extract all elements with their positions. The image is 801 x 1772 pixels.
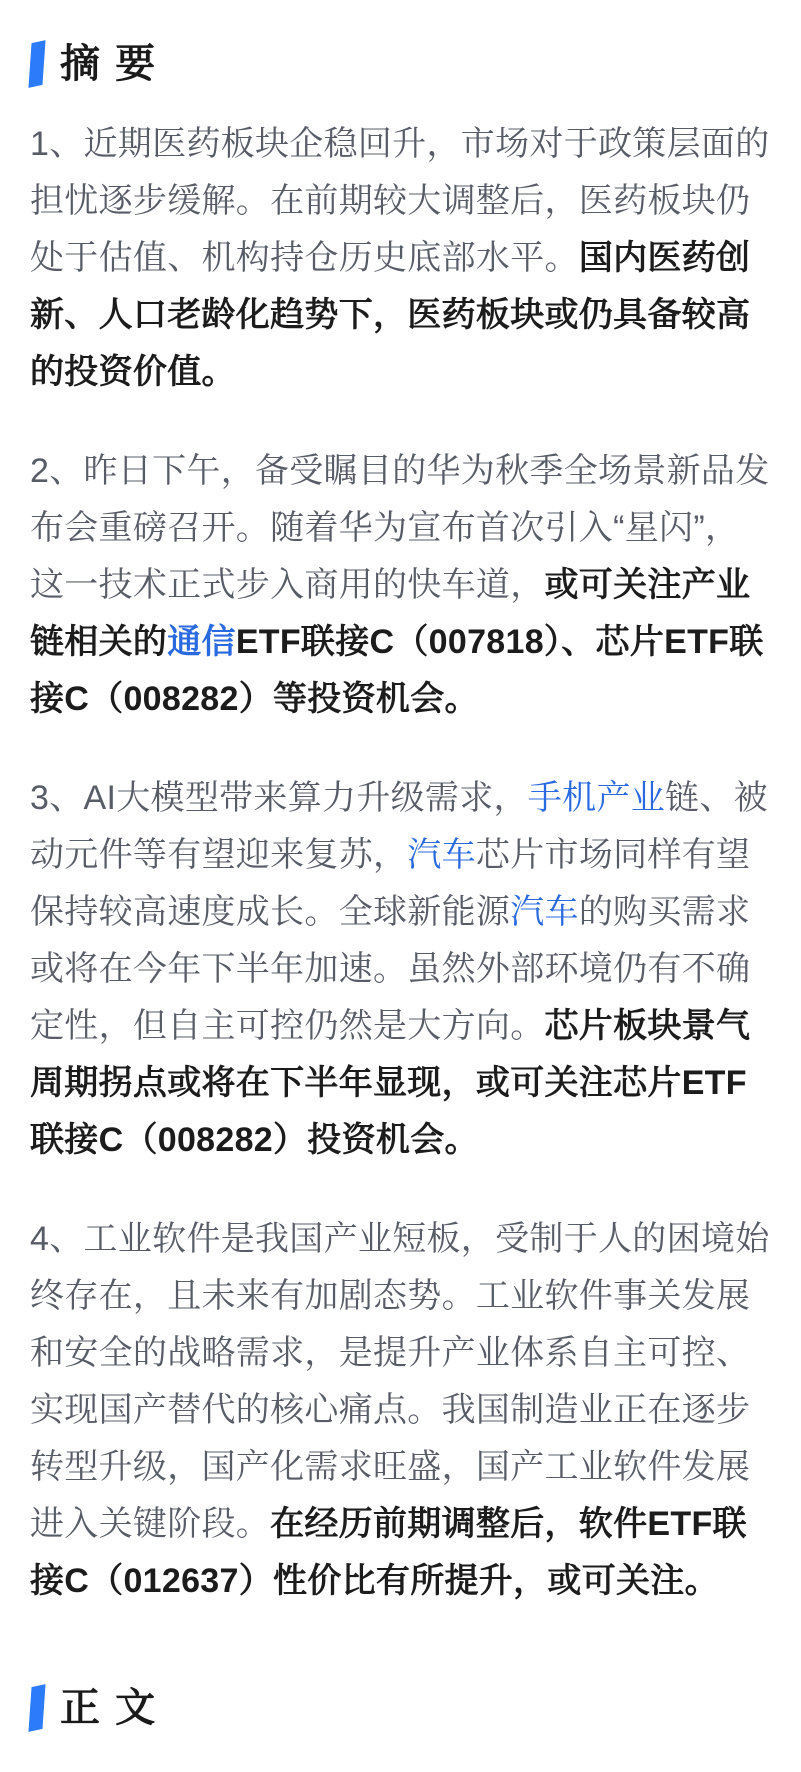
accent-bar-icon [28, 1684, 45, 1732]
text-run: 3、AI大模型带来算力升级需求， [30, 779, 528, 817]
inline-link[interactable]: 汽车 [407, 836, 476, 874]
summary-section-heading: 摘 要 [30, 40, 771, 88]
summary-heading-text: 摘 要 [60, 40, 157, 88]
inline-link[interactable]: 通信 [167, 623, 236, 661]
accent-bar-icon [28, 40, 45, 88]
inline-link[interactable]: 汽车 [510, 893, 579, 931]
text-run: 4、工业软件是我国产业短板，受制于人的困境始终存在，且未来有加剧态势。工业软件事… [30, 1220, 770, 1543]
summary-paragraphs: 1、近期医药板块企稳回升，市场对于政策层面的担忧逐步缓解。在前期较大调整后，医药… [30, 116, 771, 1610]
article-summary-page: 摘 要 1、近期医药板块企稳回升，市场对于政策层面的担忧逐步缓解。在前期较大调整… [0, 0, 801, 1772]
summary-paragraph-1: 1、近期医药板块企稳回升，市场对于政策层面的担忧逐步缓解。在前期较大调整后，医药… [30, 116, 771, 401]
main-heading-text: 正 文 [60, 1684, 157, 1732]
main-text-section-heading: 正 文 [30, 1684, 771, 1732]
summary-paragraph-4: 4、工业软件是我国产业短板，受制于人的困境始终存在，且未来有加剧态势。工业软件事… [30, 1211, 771, 1610]
inline-link[interactable]: 手机产业 [528, 779, 665, 817]
summary-paragraph-2: 2、昨日下午，备受瞩目的华为秋季全场景新品发布会重磅召开。随着华为宣布首次引入“… [30, 443, 771, 728]
summary-paragraph-3: 3、AI大模型带来算力升级需求，手机产业链、被动元件等有望迎来复苏，汽车芯片市场… [30, 770, 771, 1169]
